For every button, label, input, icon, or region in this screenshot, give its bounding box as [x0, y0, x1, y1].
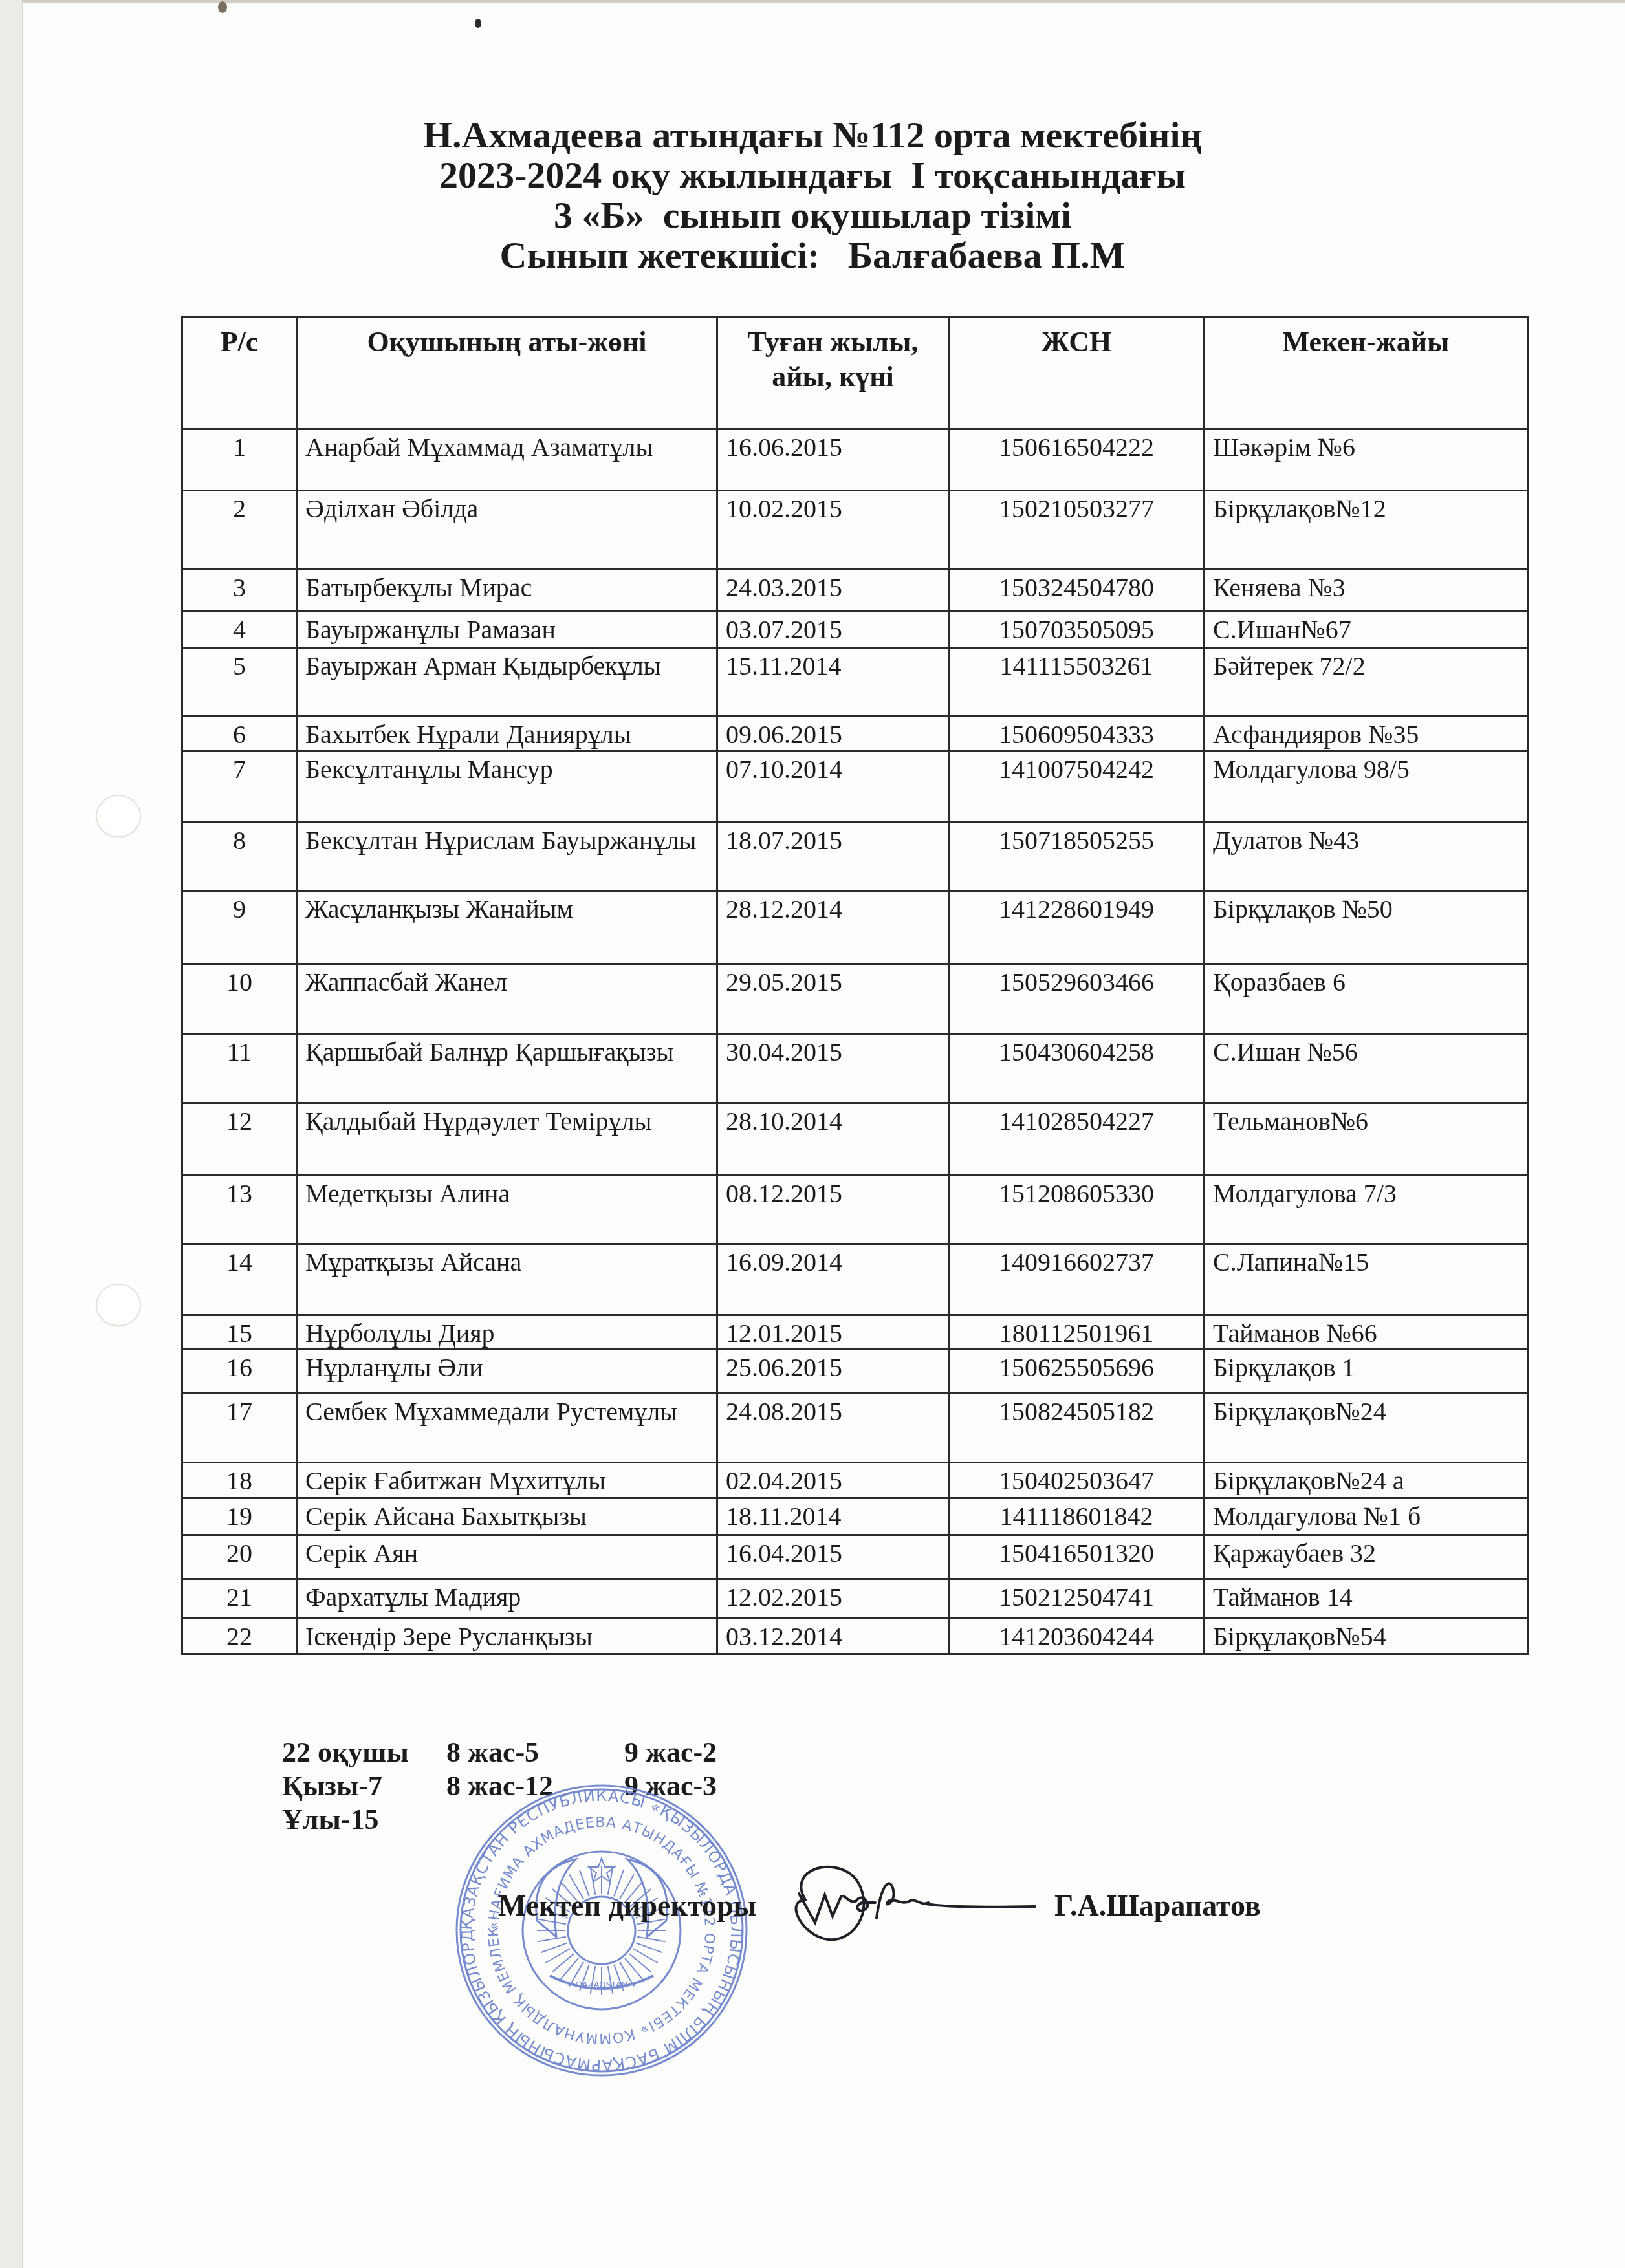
home-address: Бәйтерек 72/2 — [1205, 648, 1528, 717]
birth-date: 28.12.2014 — [717, 891, 949, 964]
table-row: 15Нұрболұлы Дияр12.01.2015180112501961Та… — [182, 1315, 1528, 1350]
birth-date: 28.10.2014 — [717, 1103, 949, 1176]
student-name: Іскендір Зере Русланқызы — [297, 1619, 717, 1654]
iin-number: 150324504780 — [949, 570, 1205, 612]
row-number: 22 — [182, 1619, 297, 1654]
row-number: 15 — [182, 1315, 297, 1350]
table-row: 10Жаппасбай Жанел29.05.2015150529603466Қ… — [182, 964, 1528, 1034]
student-name: Фархатұлы Мадияр — [297, 1579, 717, 1619]
row-number: 8 — [182, 823, 297, 891]
row-number: 11 — [182, 1034, 297, 1103]
iin-number: 150212504741 — [949, 1579, 1205, 1619]
iin-number: 150616504222 — [949, 429, 1205, 491]
iin-number: 150210503277 — [949, 491, 1205, 570]
paper-speck — [475, 19, 481, 28]
student-name: Бахытбек Нұрали Даниярұлы — [297, 717, 717, 751]
student-name: Жасұланқызы Жанайым — [297, 891, 717, 964]
header-school: Н.Ахмадеева атындағы №112 орта мектебіні… — [0, 115, 1625, 155]
table-row: 16Нұрланұлы Әли25.06.2015150625505696Бір… — [182, 1350, 1528, 1394]
student-name: Бауыржан Арман Қыдырбекұлы — [297, 648, 717, 717]
home-address: Тайманов №66 — [1205, 1315, 1528, 1350]
birth-date: 03.12.2014 — [717, 1619, 949, 1654]
signature-icon — [780, 1855, 1038, 1945]
student-name: Серік Айсана Бахытқызы — [297, 1498, 717, 1535]
table-row: 5Бауыржан Арман Қыдырбекұлы15.11.2014141… — [182, 648, 1528, 717]
student-name: Бауыржанұлы Рамазан — [297, 612, 717, 648]
scan-top-edge — [22, 0, 1625, 3]
home-address: Молдагулова 7/3 — [1205, 1176, 1528, 1244]
home-address: Бірқұлақов№24 а — [1205, 1463, 1528, 1498]
row-number: 12 — [182, 1103, 297, 1176]
student-name: Серік Ғабитжан Мұхитұлы — [297, 1463, 717, 1498]
table-row: 1Анарбай Мұхаммад Азаматұлы16.06.2015150… — [182, 429, 1528, 491]
row-number: 1 — [182, 429, 297, 491]
birth-date: 18.07.2015 — [717, 823, 949, 891]
birth-date: 18.11.2014 — [717, 1498, 949, 1535]
birth-date: 15.11.2014 — [717, 648, 949, 717]
student-name: Жаппасбай Жанел — [297, 964, 717, 1034]
table-row: 14Мұратқызы Айсана16.09.2014140916602737… — [182, 1244, 1528, 1315]
table-row: 4Бауыржанұлы Рамазан03.07.20151507035050… — [182, 612, 1528, 648]
iin-number: 141115503261 — [949, 648, 1205, 717]
iin-number: 150824505182 — [949, 1394, 1205, 1463]
director-signature-line: Мектеп директоры Г.А.Шарапатов — [498, 1888, 757, 1923]
row-number: 10 — [182, 964, 297, 1034]
student-name: Бексұлтанұлы Мансур — [297, 751, 717, 823]
iin-number: 150703505095 — [949, 612, 1205, 648]
table-row: 21Фархатұлы Мадияр12.02.2015150212504741… — [182, 1579, 1528, 1619]
row-number: 13 — [182, 1176, 297, 1244]
iin-number: 150430604258 — [949, 1034, 1205, 1103]
home-address: Бірқұлақов№12 — [1205, 491, 1528, 570]
student-name: Батырбекұлы Мирас — [297, 570, 717, 612]
iin-number: 141203604244 — [949, 1619, 1205, 1654]
student-name: Әділхан Әбілда — [297, 491, 717, 570]
row-number: 19 — [182, 1498, 297, 1535]
punch-hole — [96, 1284, 141, 1326]
table-body: 1Анарбай Мұхаммад Азаматұлы16.06.2015150… — [182, 429, 1528, 1654]
home-address: Молдагулова №1 б — [1205, 1498, 1528, 1535]
birth-date: 16.09.2014 — [717, 1244, 949, 1315]
header-period: 2023-2024 оқу жылындағы І тоқсанындағы — [0, 155, 1625, 195]
table-row: 6Бахытбек Нұрали Даниярұлы09.06.20151506… — [182, 717, 1528, 751]
home-address: Шәкәрім №6 — [1205, 429, 1528, 491]
summary-boys: Ұлы-15 — [282, 1804, 378, 1835]
paper-speck — [218, 1, 227, 13]
home-address: С.Лапина№15 — [1205, 1244, 1528, 1315]
stamp-emblem-text: QAZAQSTAN — [576, 1980, 628, 1990]
home-address: Тельманов№6 — [1205, 1103, 1528, 1176]
table-row: 12Қалдыбай Нұрдәулет Темірұлы28.10.20141… — [182, 1103, 1528, 1176]
birth-date: 12.02.2015 — [717, 1579, 949, 1619]
class-summary: 22 оқушы Қызы-7 8 жас-5 9 жас-2 Ұлы-15 8… — [254, 1702, 409, 1803]
header-teacher: Сынып жетекшісі: Балғабаева П.М — [0, 235, 1625, 275]
row-number: 3 — [182, 570, 297, 612]
home-address: Бірқұлақов 1 — [1205, 1350, 1528, 1394]
student-name: Мұратқызы Айсана — [297, 1244, 717, 1315]
header-class: 3 «Б» сынып оқушылар тізімі — [0, 195, 1625, 235]
column-header-number: Р/с — [182, 318, 297, 429]
director-name: Г.А.Шарапатов — [1054, 1888, 1261, 1923]
column-header-iin: ЖСН — [949, 318, 1205, 429]
row-number: 5 — [182, 648, 297, 717]
home-address: Тайманов 14 — [1205, 1579, 1528, 1619]
summary-boys-row: Ұлы-15 8 жас-12 9 жас-3 — [254, 1769, 409, 1803]
director-label: Мектеп директоры — [498, 1889, 757, 1922]
table-row: 8Бексұлтан Нұрислам Бауыржанұлы18.07.201… — [182, 823, 1528, 891]
home-address: Бірқұлақов№54 — [1205, 1619, 1528, 1654]
student-name: Қалдыбай Нұрдәулет Темірұлы — [297, 1103, 717, 1176]
birth-date: 30.04.2015 — [717, 1034, 949, 1103]
home-address: Дулатов №43 — [1205, 823, 1528, 891]
student-name: Нұрболұлы Дияр — [297, 1315, 717, 1350]
home-address: Бірқұлақов №50 — [1205, 891, 1528, 964]
home-address: Қоразбаев 6 — [1205, 964, 1528, 1034]
punch-hole — [96, 795, 141, 837]
iin-number: 150609504333 — [949, 717, 1205, 751]
home-address: Молдагулова 98/5 — [1205, 751, 1528, 823]
birth-date: 03.07.2015 — [717, 612, 949, 648]
table-row: 7Бексұлтанұлы Мансур07.10.20141410075042… — [182, 751, 1528, 823]
row-number: 20 — [182, 1535, 297, 1579]
row-number: 17 — [182, 1394, 297, 1463]
row-number: 9 — [182, 891, 297, 964]
birth-date: 07.10.2014 — [717, 751, 949, 823]
home-address: Қаржаубаев 32 — [1205, 1535, 1528, 1579]
row-number: 2 — [182, 491, 297, 570]
iin-number: 150529603466 — [949, 964, 1205, 1034]
iin-number: 141118601842 — [949, 1498, 1205, 1535]
table-row: 3Батырбекұлы Мирас24.03.2015150324504780… — [182, 570, 1528, 612]
birth-date: 12.01.2015 — [717, 1315, 949, 1350]
student-name: Анарбай Мұхаммад Азаматұлы — [297, 429, 717, 491]
row-number: 6 — [182, 717, 297, 751]
column-header-address: Мекен-жайы — [1205, 318, 1528, 429]
table-row: 20Серік Аян16.04.2015150416501320Қаржауб… — [182, 1535, 1528, 1579]
table-row: 2Әділхан Әбілда10.02.2015150210503277Бір… — [182, 491, 1528, 570]
birth-date: 16.06.2015 — [717, 429, 949, 491]
birth-date: 25.06.2015 — [717, 1350, 949, 1394]
iin-number: 141228601949 — [949, 891, 1205, 964]
iin-number: 141028504227 — [949, 1103, 1205, 1176]
home-address: С.Ишан №56 — [1205, 1034, 1528, 1103]
summary-girls-age8: 8 жас-5 — [446, 1736, 539, 1769]
student-name: Бексұлтан Нұрислам Бауыржанұлы — [297, 823, 717, 891]
home-address: Кеняева №3 — [1205, 570, 1528, 612]
student-name: Нұрланұлы Әли — [297, 1350, 717, 1394]
birth-date: 08.12.2015 — [717, 1176, 949, 1244]
birth-date: 16.04.2015 — [717, 1535, 949, 1579]
table-row: 13Медетқызы Алина08.12.2015151208605330М… — [182, 1176, 1528, 1244]
row-number: 4 — [182, 612, 297, 648]
iin-number: 151208605330 — [949, 1176, 1205, 1244]
birth-date: 24.03.2015 — [717, 570, 949, 612]
home-address: С.Ишан№67 — [1205, 612, 1528, 648]
column-header-dob: Туған жылы, айы, күні — [717, 318, 949, 429]
birth-date: 02.04.2015 — [717, 1463, 949, 1498]
birth-date: 29.05.2015 — [717, 964, 949, 1034]
table-row: 18Серік Ғабитжан Мұхитұлы02.04.201515040… — [182, 1463, 1528, 1498]
iin-number: 150416501320 — [949, 1535, 1205, 1579]
student-name: Сембек Мұхаммедали Рустемұлы — [297, 1394, 717, 1463]
iin-number: 141007504242 — [949, 751, 1205, 823]
home-address: Бірқұлақов№24 — [1205, 1394, 1528, 1463]
summary-girls-row: Қызы-7 8 жас-5 9 жас-2 — [254, 1736, 409, 1769]
table-row: 19Серік Айсана Бахытқызы18.11.2014141118… — [182, 1498, 1528, 1535]
iin-number: 150402503647 — [949, 1463, 1205, 1498]
iin-number: 150718505255 — [949, 823, 1205, 891]
home-address: Асфандияров №35 — [1205, 717, 1528, 751]
document-header: Н.Ахмадеева атындағы №112 орта мектебіні… — [0, 115, 1625, 275]
birth-date: 10.02.2015 — [717, 491, 949, 570]
iin-number: 140916602737 — [949, 1244, 1205, 1315]
table-header-row: Р/с Оқушының аты-жөні Туған жылы, айы, к… — [182, 318, 1528, 429]
row-number: 7 — [182, 751, 297, 823]
birth-date: 09.06.2015 — [717, 717, 949, 751]
row-number: 18 — [182, 1463, 297, 1498]
student-name: Серік Аян — [297, 1535, 717, 1579]
column-header-name: Оқушының аты-жөні — [297, 318, 717, 429]
table-row: 9Жасұланқызы Жанайым28.12.20141412286019… — [182, 891, 1528, 964]
row-number: 14 — [182, 1244, 297, 1315]
iin-number: 150625505696 — [949, 1350, 1205, 1394]
summary-total-row: 22 оқушы — [254, 1702, 409, 1736]
student-name: Қаршыбай Балнұр Қаршығақызы — [297, 1034, 717, 1103]
student-name: Медетқызы Алина — [297, 1176, 717, 1244]
student-roster-table: Р/с Оқушының аты-жөні Туған жылы, айы, к… — [181, 316, 1529, 1655]
iin-number: 180112501961 — [949, 1315, 1205, 1350]
table-row: 17Сембек Мұхаммедали Рустемұлы24.08.2015… — [182, 1394, 1528, 1463]
row-number: 16 — [182, 1350, 297, 1394]
table-row: 11Қаршыбай Балнұр Қаршығақызы30.04.20151… — [182, 1034, 1528, 1103]
table-row: 22Іскендір Зере Русланқызы03.12.20141412… — [182, 1619, 1528, 1654]
summary-girls-age9: 9 жас-2 — [624, 1736, 717, 1769]
scan-edge — [0, 0, 23, 2268]
birth-date: 24.08.2015 — [717, 1394, 949, 1463]
official-stamp-icon: ҚАЗАҚСТАН РЕСПУБЛИКАСЫ «ҚЫЗЫЛОРДА ОБЛЫСЫ… — [453, 1782, 750, 2079]
row-number: 21 — [182, 1579, 297, 1619]
